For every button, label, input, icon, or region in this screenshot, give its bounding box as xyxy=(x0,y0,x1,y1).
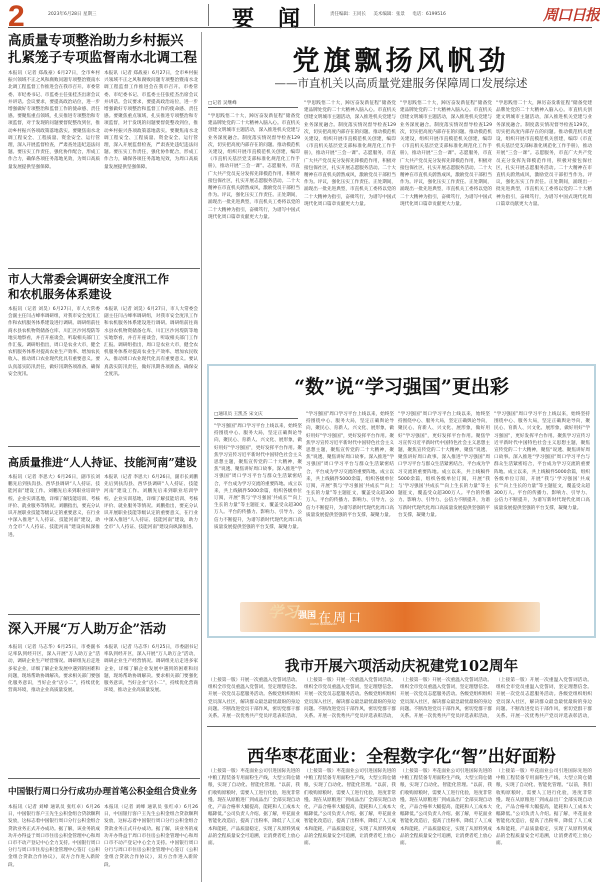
article-body: 本报讯（记者 李思大）6月26日，副市长刘鹏先后到扶沟县、西华县调研“人人持证、… xyxy=(8,474,100,609)
article-body-col2: （上接第一版）枣花面业公司引进国际先进的中粮工程装备专用面粉生产线，大型立筒仓储… xyxy=(304,768,396,882)
article-headline: 市人大常委会调研安全度汛工作 和农机服务体系建设 xyxy=(8,272,200,302)
section-title: 要闻 xyxy=(232,2,324,33)
article-separator xyxy=(8,268,200,269)
headline-line: 和农机服务体系建设 xyxy=(8,287,200,302)
article-body-col4: （上接第一版）枣花面业公司引进国际先进的中粮工程装备专用面粉生产线，大型立筒仓储… xyxy=(496,768,592,882)
article-body-col2: 本报讯（记者 李思大）6月26日，副市长刘鹏先后到扶沟县、西华县调研“人人持证、… xyxy=(104,474,198,609)
article-body-col2: 本报讯（记者 郑战豪）6月27日，全市乡村振兴领域不正之风和腐败问题专项整治暨南… xyxy=(104,70,198,265)
byline-rule xyxy=(208,107,298,108)
article-separator xyxy=(8,778,200,779)
lead-body-col2: “学思践悟二十大，踔厉奋发新征程”储备党建品牌处党的二十大精神入脑入心。市直机关… xyxy=(304,100,396,355)
article-headline: 西华枣花面业：全程数字化“智”出好面粉 xyxy=(207,742,596,767)
headline-line: 市人大常委会调研安全度汛工作 xyxy=(8,272,200,287)
article-separator xyxy=(207,726,596,727)
newspaper-logo: 周口日报 xyxy=(543,4,599,25)
article-body-col1: （上接第一版）开展一次重温入党誓词活动。组织全市党员重温入党誓词，坚定理想信念。… xyxy=(208,677,300,720)
feature-body-col2: “学习强国”周口学习平台上线以来，始终坚持围绕中心、服务大局，坚定正确舆论导向，… xyxy=(306,411,394,595)
lead-body-col4: “学思践悟二十大，踔厉奋发新征程”储备党建品牌处党的二十大精神入脑入心。市直机关… xyxy=(496,100,592,355)
article-body-col3: （上接第一版）枣花面业公司引进国际先进的中粮工程装备专用面粉生产线，大型立筒仓储… xyxy=(400,768,492,882)
lead-body-col3: “学思践悟二十大，踔厉奋发新征程”储备党建品牌处党的二十大精神入脑入心。市直机关… xyxy=(400,100,492,355)
article-body-col2: （上接第一版）开展一次重温入党誓词活动。组织全市党员重温入党誓词，坚定理想信念。… xyxy=(304,677,396,720)
banner-script: 学习 xyxy=(268,601,298,622)
headline-line: 高质量专项整治助力乡村振兴 xyxy=(8,33,200,50)
article-body-col4: （上接第一版）开展一次重温入党誓词活动。组织全市党员重温入党誓词，坚定理想信念。… xyxy=(496,677,592,720)
article-body: 本报讯（记者 刘昊）6月27日，市人大常委会副主任闫占峰率调研组，对我市安全度汛… xyxy=(8,306,100,441)
feature-body-col3: “学习强国”周口学习平台上线以来，始终坚持围绕中心、服务大局，坚定正确舆论导向，… xyxy=(398,411,490,595)
masthead-rule xyxy=(8,27,592,28)
article-separator xyxy=(8,446,200,447)
feature-body-col1: “学习强国”周口学习平台上线以来，始终坚持围绕中心、服务大局，坚定正确舆论导向，… xyxy=(214,423,302,595)
issue-date: 2023年6月28日 星期三 xyxy=(48,11,96,17)
article-headline: 中国银行周口分行成功办理首笔公积金组合贷业务 xyxy=(8,786,200,799)
article-headline: 高质量专项整治助力乡村振兴 扎紧笼子专项监督南水北调工程 xyxy=(8,33,200,67)
article-headline: 深入开展“万人助万企”活动 xyxy=(8,621,200,638)
byline: □记者 吴继峰 xyxy=(208,100,237,106)
banner-name: 强国 xyxy=(298,608,316,621)
headline-line: 扎紧笼子专项监督南水北调工程 xyxy=(8,50,200,67)
article-body-col2: 本报讯（记者 马志华）6月25日，市委副书记率队到经开区，深入开展“万人助万企”… xyxy=(104,644,198,774)
lead-subheadline: ——市直机关以高质量党建服务保障周口发展综述 xyxy=(203,75,599,91)
divider xyxy=(208,4,209,26)
article-separator xyxy=(8,614,200,615)
editor-credits: 责任编辑：王同长 美术编辑：张景 电话：6199516 xyxy=(330,11,446,17)
byline-rule xyxy=(214,418,298,419)
article-headline: 高质量推进“人人持证、技能河南”建设 xyxy=(8,455,200,470)
column-divider xyxy=(201,32,202,882)
article-headline: 我市开展六项活动庆祝建党102周年 xyxy=(207,655,596,676)
lead-headline: 党旗飘扬风帆劲 xyxy=(203,39,599,78)
byline: □通讯员 王凯杰 宋文庆 xyxy=(214,411,263,417)
divider xyxy=(314,4,315,26)
article-body: 本报讯（记者 马志华）6月25日，市委副书记率队到经开区，深入开展“万人助万企”… xyxy=(8,644,100,774)
article-body: 本报讯（记者 刘峰 通讯员 张红卓）6月26日，中国银行客户王先生公积金组合贷款… xyxy=(8,804,100,882)
article-body: 本报讯（记者 郑战豪）6月27日，全市乡村振兴领域不正之风和腐败问题专项整治暨南… xyxy=(8,70,100,265)
feature-headline: “数”说“学习强国”更出彩 xyxy=(207,372,596,399)
banner-subtitle: XUEXI QIANGGUO xyxy=(310,622,337,626)
lead-body-col1: “学思践悟二十大，踔厉奋发新征程”储备党建品牌处党的二十大精神入脑入心。市直机关… xyxy=(208,113,300,355)
article-body-col2: 本报讯（记者 刘峰 通讯员 张红卓）6月26日，中国银行客户王先生公积金组合贷款… xyxy=(104,804,198,882)
article-body-col3: （上接第一版）开展一次重温入党誓词活动。组织全市党员重温入党誓词，坚定理想信念。… xyxy=(400,677,492,720)
article-body-col2: 本报讯（记者 刘昊）6月27日，市人大常委会副主任闫占峰率调研组，对我市安全度汛… xyxy=(104,306,198,441)
feature-body-col4: “学习强国”周口学习平台上线以来，始终坚持围绕中心、服务大局，坚定正确舆论导向，… xyxy=(494,411,590,551)
article-body-col1: （上接第一版）枣花面业公司引进国际先进的中粮工程装备专用面粉生产线，大型立筒仓储… xyxy=(208,768,300,882)
